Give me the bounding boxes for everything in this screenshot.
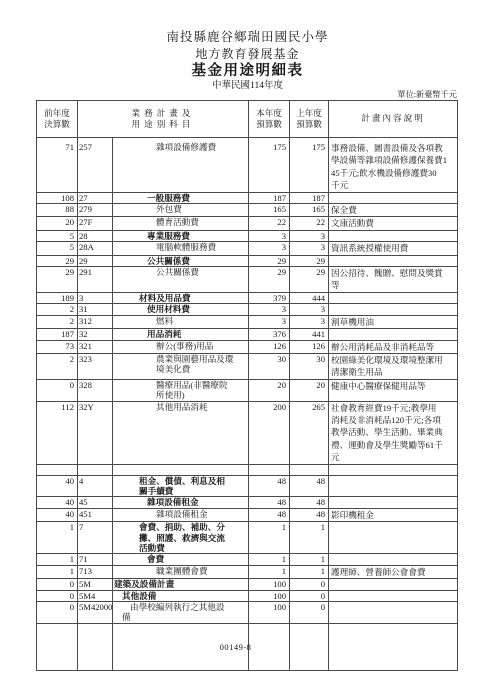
current-budget-cell: 1 [249, 565, 290, 578]
account-code-cell: 4 [78, 475, 113, 497]
prev-final-cell: 2 [37, 304, 78, 315]
current-budget-cell: 376 [249, 329, 290, 340]
last-budget-cell: 175 [290, 138, 329, 193]
table-row: 1713職業團體會費11護理師、營養師公會會費 [37, 565, 458, 578]
account-code-cell: 32 [78, 329, 113, 340]
table-row: 88279外包費165165保全費 [37, 204, 458, 217]
last-budget-cell: 48 [290, 475, 329, 497]
prev-final-cell: 189 [37, 292, 78, 303]
empty-cell [290, 464, 329, 475]
table-row: 2027F體育活動費2222文康活動費 [37, 217, 458, 230]
prev-final-cell: 88 [37, 204, 78, 217]
account-code-cell: 279 [78, 204, 113, 217]
description-cell: 文康活動費 [329, 217, 458, 230]
current-budget-cell: 100 [249, 602, 290, 624]
page-number: 00149-8 [0, 642, 471, 652]
account-code-cell: 257 [78, 138, 113, 193]
subject-cell: 材料及用品費 [113, 292, 249, 303]
subject-cell: 由學校編列執行之其他設 備 [113, 602, 249, 624]
subject-cell: 醫療用品(非醫療院 所使用) [113, 379, 249, 401]
subject-cell: 電腦軟體服務費 [113, 242, 249, 255]
account-code-cell: 291 [78, 267, 113, 293]
last-budget-cell: 48 [290, 497, 329, 508]
table-row: 05M420000由學校編列執行之其他設 備1000 [37, 602, 458, 624]
subject-cell: 雜項設備租金 [113, 497, 249, 508]
table-row: 11232Y其他用品消耗200265社會教育經費19千元;教學用 消耗及非消耗品… [37, 401, 458, 464]
description-cell [329, 522, 458, 554]
last-budget-cell: 3 [290, 304, 329, 315]
prev-final-cell: 1 [37, 565, 78, 578]
current-budget-cell: 22 [249, 217, 290, 230]
report-title: 基金用途明細表 [0, 63, 495, 79]
table-row: 73321辦公(事務)用品126126辦公用消耗品及非消耗品等 [37, 340, 458, 353]
subject-cell: 雜項設備租金 [113, 508, 249, 521]
table-row: 0328醫療用品(非醫療院 所使用)2020健康中心醫療保健用品等 [37, 379, 458, 401]
account-code-cell: 71 [78, 554, 113, 565]
subject-cell: 租金、償債、利息及相 關手續費 [113, 475, 249, 497]
account-code-cell: 3 [78, 292, 113, 303]
description-cell: 社會教育經費19千元;教學用 消耗及非消耗品120千元;各項 教學活動、學生活動… [329, 401, 458, 464]
account-code-cell: 7 [78, 522, 113, 554]
subject-cell: 外包費 [113, 204, 249, 217]
subject-cell: 體育活動費 [113, 217, 249, 230]
table-row: 18732用品消耗376441 [37, 329, 458, 340]
prev-final-cell: 5 [37, 230, 78, 241]
current-budget-cell: 100 [249, 579, 290, 590]
last-budget-cell: 29 [290, 255, 329, 266]
header-current-budget: 本年度 預算數 [249, 101, 290, 138]
table-row: 05M4其他設備1000 [37, 590, 458, 601]
prev-final-cell: 40 [37, 508, 78, 521]
description-cell [329, 475, 458, 497]
current-budget-cell: 3 [249, 304, 290, 315]
current-budget-cell: 3 [249, 230, 290, 241]
account-code-cell: 28A [78, 242, 113, 255]
last-budget-cell: 1 [290, 565, 329, 578]
last-budget-cell: 187 [290, 192, 329, 203]
last-budget-cell: 3 [290, 315, 329, 328]
account-code-cell: 28 [78, 230, 113, 241]
current-budget-cell: 100 [249, 590, 290, 601]
current-budget-cell: 29 [249, 267, 290, 293]
current-budget-cell: 48 [249, 497, 290, 508]
last-budget-cell: 48 [290, 508, 329, 521]
prev-final-cell: 1 [37, 554, 78, 565]
table-row: 404租金、償債、利息及相 關手續費4848 [37, 475, 458, 497]
current-budget-cell: 175 [249, 138, 290, 193]
description-cell [329, 554, 458, 565]
fund-usage-table: 前年度 決算數 業務計畫及 用途別科目 本年度 預算數 上年度 預算數 計畫內容… [36, 100, 458, 671]
table-row: 528A電腦軟體服務費33資訊系統授權使用費 [37, 242, 458, 255]
prev-final-cell: 187 [37, 329, 78, 340]
prev-final-cell: 112 [37, 401, 78, 464]
table-row: 10827一般服務費187187 [37, 192, 458, 203]
description-cell [329, 230, 458, 241]
last-budget-cell: 3 [290, 230, 329, 241]
description-cell: 健康中心醫療保健用品等 [329, 379, 458, 401]
school-name: 南投縣鹿谷鄉瑞田國民小學 [0, 30, 495, 45]
account-code-cell: 27 [78, 192, 113, 203]
prev-final-cell: 1 [37, 522, 78, 554]
table-row: 29291公共關係費2929因公招待、餽贈、慰問及獎賞 等 [37, 267, 458, 293]
account-code-cell: 29 [78, 255, 113, 266]
last-budget-cell: 30 [290, 353, 329, 379]
unit-note: 單位:新臺幣千元 [397, 89, 457, 100]
table-row: 4045雜項設備租金4848 [37, 497, 458, 508]
subject-cell: 辦公(事務)用品 [113, 340, 249, 353]
account-code-cell: 713 [78, 565, 113, 578]
table-row: 1893材料及用品費379444 [37, 292, 458, 303]
prev-final-cell: 2 [37, 353, 78, 379]
subject-cell: 會費、捐助、補助、分 攤、照護、救濟與交流 活動費 [113, 522, 249, 554]
last-budget-cell: 3 [290, 242, 329, 255]
current-budget-cell: 29 [249, 255, 290, 266]
subject-cell: 公共關係費 [113, 255, 249, 266]
table-row: 05M建築及設備計畫1000 [37, 579, 458, 590]
table-row: 40451雜項設備租金4848影印機租金 [37, 508, 458, 521]
prev-final-cell: 40 [37, 497, 78, 508]
empty-cell [249, 464, 290, 475]
table-row: 17會費、捐助、補助、分 攤、照護、救濟與交流 活動費11 [37, 522, 458, 554]
last-budget-cell: 20 [290, 379, 329, 401]
header-subject: 業務計畫及 用途別科目 [78, 101, 249, 138]
last-budget-cell: 29 [290, 267, 329, 293]
subject-cell: 公共關係費 [113, 267, 249, 293]
description-cell [329, 579, 458, 590]
header-prev-final: 前年度 決算數 [37, 101, 78, 138]
account-code-cell: 45 [78, 497, 113, 508]
description-cell [329, 602, 458, 624]
description-cell [329, 329, 458, 340]
header-last-budget: 上年度 預算數 [290, 101, 329, 138]
subject-cell: 雜項設備修護費 [113, 138, 249, 193]
table-row: 231使用材料費33 [37, 304, 458, 315]
document-header: 南投縣鹿谷鄉瑞田國民小學 地方教育發展基金 基金用途明細表 中華民國114年度 [0, 30, 495, 92]
prev-final-cell: 0 [37, 602, 78, 624]
prev-final-cell: 0 [37, 590, 78, 601]
current-budget-cell: 126 [249, 340, 290, 353]
account-code-cell: 328 [78, 379, 113, 401]
account-code-cell: 321 [78, 340, 113, 353]
description-cell [329, 255, 458, 266]
description-cell: 保全費 [329, 204, 458, 217]
prev-final-cell: 73 [37, 340, 78, 353]
current-budget-cell: 48 [249, 475, 290, 497]
description-cell [329, 192, 458, 203]
account-code-cell: 32Y [78, 401, 113, 464]
description-cell [329, 497, 458, 508]
last-budget-cell: 0 [290, 579, 329, 590]
subject-cell: 用品消耗 [113, 329, 249, 340]
prev-final-cell: 0 [37, 379, 78, 401]
table-row: 171會費11 [37, 554, 458, 565]
prev-final-cell: 2 [37, 315, 78, 328]
prev-final-cell: 29 [37, 267, 78, 293]
account-code-cell: 323 [78, 353, 113, 379]
description-cell: 割草機用油 [329, 315, 458, 328]
account-code-cell: 312 [78, 315, 113, 328]
current-budget-cell: 165 [249, 204, 290, 217]
empty-cell [113, 464, 249, 475]
scanned-budget-page: { "page": { "school": "南投縣鹿谷鄉瑞田國民小學", "f… [0, 0, 495, 700]
description-cell: 因公招待、餽贈、慰問及獎賞 等 [329, 267, 458, 293]
table-row: 528專業服務費33 [37, 230, 458, 241]
account-code-cell: 451 [78, 508, 113, 521]
prev-final-cell: 40 [37, 475, 78, 497]
description-cell: 校園綠美化環境及環境整潔用 清潔衛生用品 [329, 353, 458, 379]
account-code-cell: 5M4 [78, 590, 113, 601]
current-budget-cell: 1 [249, 522, 290, 554]
subject-cell: 一般服務費 [113, 192, 249, 203]
subject-cell: 燃料 [113, 315, 249, 328]
prev-final-cell: 20 [37, 217, 78, 230]
subject-cell: 建築及設備計畫 [113, 579, 249, 590]
empty-cell [329, 464, 458, 475]
table-header-row: 前年度 決算數 業務計畫及 用途別科目 本年度 預算數 上年度 預算數 計畫內容… [37, 101, 458, 138]
empty-cell [37, 464, 78, 475]
last-budget-cell: 0 [290, 602, 329, 624]
subject-cell: 會費 [113, 554, 249, 565]
last-budget-cell: 22 [290, 217, 329, 230]
account-code-cell: 5M420000 [78, 602, 113, 624]
last-budget-cell: 165 [290, 204, 329, 217]
subject-cell: 專業服務費 [113, 230, 249, 241]
table-row: 71257雜項設備修護費175175事務設備、圖書設備及各項教 學設備等雜項設備… [37, 138, 458, 193]
subject-cell: 職業團體會費 [113, 565, 249, 578]
description-cell [329, 590, 458, 601]
last-budget-cell: 1 [290, 522, 329, 554]
table-row: 2323農業與園藝用品及環 境美化費3030校園綠美化環境及環境整潔用 清潔衛生… [37, 353, 458, 379]
prev-final-cell: 108 [37, 192, 78, 203]
empty-cell [78, 464, 113, 475]
header-description: 計畫內容說明 [329, 101, 458, 138]
fund-name: 地方教育發展基金 [0, 47, 495, 62]
table-row: 2312燃料33割草機用油 [37, 315, 458, 328]
current-budget-cell: 1 [249, 554, 290, 565]
prev-final-cell: 29 [37, 255, 78, 266]
subject-cell: 其他設備 [113, 590, 249, 601]
description-cell: 護理師、營養師公會會費 [329, 565, 458, 578]
current-budget-cell: 48 [249, 508, 290, 521]
prev-final-cell: 71 [37, 138, 78, 193]
current-budget-cell: 187 [249, 192, 290, 203]
prev-final-cell: 0 [37, 579, 78, 590]
subject-cell: 其他用品消耗 [113, 401, 249, 464]
last-budget-cell: 1 [290, 554, 329, 565]
current-budget-cell: 30 [249, 353, 290, 379]
description-cell [329, 304, 458, 315]
account-code-cell: 5M [78, 579, 113, 590]
description-cell: 辦公用消耗品及非消耗品等 [329, 340, 458, 353]
last-budget-cell: 126 [290, 340, 329, 353]
current-budget-cell: 379 [249, 292, 290, 303]
last-budget-cell: 265 [290, 401, 329, 464]
current-budget-cell: 3 [249, 242, 290, 255]
description-cell: 影印機租金 [329, 508, 458, 521]
account-code-cell: 31 [78, 304, 113, 315]
last-budget-cell: 444 [290, 292, 329, 303]
subject-cell: 使用材料費 [113, 304, 249, 315]
current-budget-cell: 20 [249, 379, 290, 401]
description-cell: 資訊系統授權使用費 [329, 242, 458, 255]
table-row: 2929公共關係費2929 [37, 255, 458, 266]
subject-cell: 農業與園藝用品及環 境美化費 [113, 353, 249, 379]
last-budget-cell: 441 [290, 329, 329, 340]
account-code-cell: 27F [78, 217, 113, 230]
spacer-row [37, 464, 458, 475]
last-budget-cell: 0 [290, 590, 329, 601]
prev-final-cell: 5 [37, 242, 78, 255]
current-budget-cell: 200 [249, 401, 290, 464]
description-cell: 事務設備、圖書設備及各項教 學設備等雜項設備修護保養費1 45千元;飲水機設備修… [329, 138, 458, 193]
description-cell [329, 292, 458, 303]
current-budget-cell: 3 [249, 315, 290, 328]
